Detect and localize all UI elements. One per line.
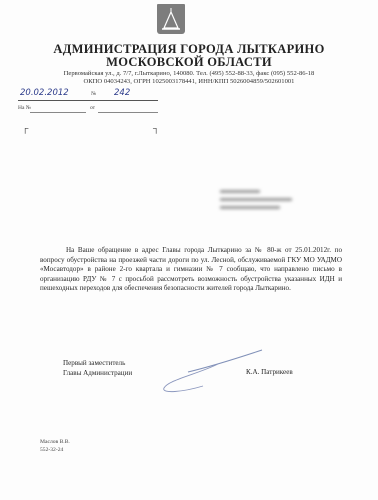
corner-mark-left: ┌ [22, 123, 28, 133]
reference-line: На № от [18, 104, 158, 114]
ref-number-label: На № [18, 105, 31, 111]
ref-number-blank [30, 112, 86, 113]
ref-date-blank [98, 112, 158, 113]
addressee-redacted [220, 190, 308, 224]
signatory-position: Первый заместитель Главы Администрации [63, 359, 132, 378]
org-address: Первомайская ул., д. 7/7, г.Лыткарино, 1… [0, 70, 378, 77]
position-line1: Первый заместитель [63, 359, 132, 369]
outgoing-date: 20.02.2012 [20, 88, 69, 98]
signatory-name: К.А. Патрикеев [246, 368, 293, 376]
executor-name: Маслов В.В. [40, 438, 70, 446]
corner-mark-right: ┐ [153, 123, 159, 133]
executor-phone: 552-32-24 [40, 446, 70, 454]
org-codes: ОКПО 04034243, ОГРН 1025003178441, ИНН/К… [0, 78, 378, 85]
position-line2: Главы Администрации [63, 369, 132, 379]
city-coat-of-arms-icon [157, 4, 185, 34]
org-region: МОСКОВСКОЙ ОБЛАСТИ [0, 55, 378, 70]
outgoing-number: 242 [114, 88, 130, 98]
registration-line: 20.02.2012 № 242 [18, 88, 158, 101]
number-label: № [91, 91, 96, 97]
executor-info: Маслов В.В. 552-32-24 [40, 438, 70, 454]
letter-body: На Ваше обращение в адрес Главы города Л… [40, 246, 342, 294]
body-paragraph: На Ваше обращение в адрес Главы города Л… [40, 246, 342, 294]
ref-from-label: от [90, 105, 95, 111]
